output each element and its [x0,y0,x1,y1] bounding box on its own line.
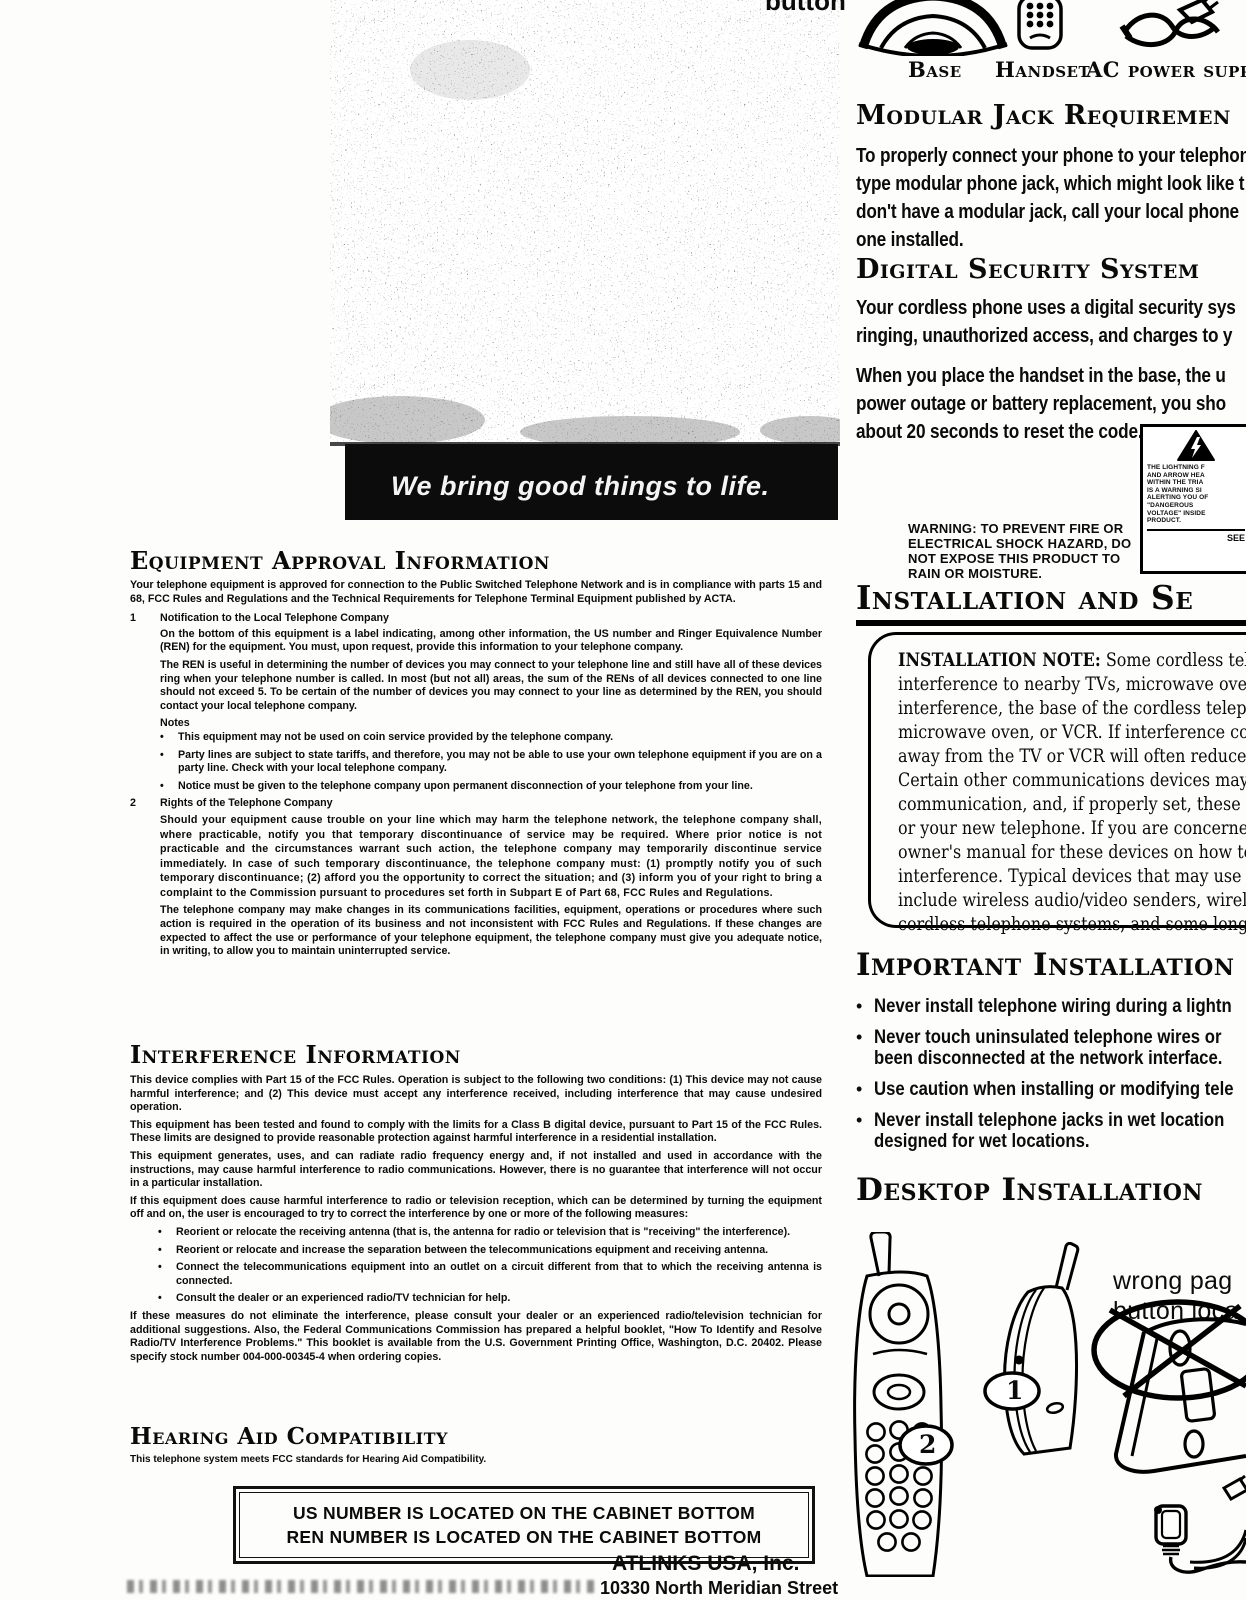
bullet-dot: • [856,996,874,1017]
manual-page: We bring good things to life. button Bas… [0,0,1246,1600]
text-line: or your new telephone. If you are concer… [898,816,1190,840]
text-line: Certain other communications devices may… [898,768,1190,792]
text-line: power outage or battery replacement, you… [856,390,1200,418]
text-line: WITHIN THE TRIA [1147,479,1245,487]
installation-note-box: INSTALLATION NOTE: Some cordless telepho… [868,632,1246,928]
text-line: INSTALLATION NOTE: Some cordless telepho… [898,648,1190,672]
scan-noise-area [330,0,840,446]
text-line: AND ARROW HEA [1147,472,1245,480]
installation-setup-title: Installation and Se [856,580,1193,616]
section-interference: Interference Information This device com… [130,1042,822,1368]
bullet-dot: • [856,1110,874,1152]
bullet-dot: • [158,1226,176,1244]
section-modular-jack: Modular Jack Requiremen To properly conn… [856,100,1246,254]
text-line: To properly connect your phone to your t… [856,142,1200,170]
text-line: When you place the handset in the base, … [856,362,1200,390]
text-line: Never install telephone jacks in wet loc… [874,1110,1224,1131]
paragraph: This device complies with Part 15 of the… [130,1074,822,1115]
bullet-dot: • [160,780,178,798]
text-line: away from the TV or VCR will often reduc… [898,744,1190,768]
text-line: "DANGEROUS [1147,502,1245,510]
heading-rule [856,620,1246,626]
text-line: microwave oven, or VCR. If interference … [898,720,1190,744]
text-line: ELECTRICAL SHOCK HAZARD, DO [908,536,1158,551]
bullet-item: Consult the dealer or an experienced rad… [176,1292,510,1306]
text-line: Never install telephone wiring during a … [874,996,1232,1017]
paragraph: Your telephone equipment is approved for… [130,579,822,606]
note-item: This equipment may not be used on coin s… [178,731,613,745]
text-line: interference. Typical devices that may u… [898,864,1190,888]
text-line: type modular phone jack, which might loo… [856,170,1200,198]
text-line: VOLTAGE" INSIDE [1147,510,1245,518]
text-line: one installed. [856,226,1200,254]
bullet-dot: • [856,1079,874,1100]
list-item-title: Rights of the Telephone Company [160,797,333,811]
paragraph: Should your equipment cause trouble on y… [160,813,822,901]
bullet-item: Reorient or relocate the receiving anten… [176,1226,790,1240]
text-line: PRODUCT. [1147,517,1245,525]
bullet-dot: • [160,731,178,749]
ren-number-line: REN NUMBER IS LOCATED ON THE CABINET BOT… [250,1525,798,1549]
section-equipment-approval: Equipment Approval Information Your tele… [130,548,822,963]
text-line: interference to nearby TVs, microwave ov… [898,672,1190,696]
ghost-print-artifact [127,1580,597,1593]
desktop-installation-title: Desktop Installation [856,1172,1203,1208]
us-number-line: US NUMBER IS LOCATED ON THE CABINET BOTT… [250,1501,798,1525]
digital-security-title: Digital Security System [856,254,1246,286]
paragraph: If these measures do not eliminate the i… [130,1310,822,1364]
warning-text: WARNING: TO PREVENT FIRE OR ELECTRICAL S… [908,521,1158,581]
text-line: been disconnected at the network interfa… [874,1048,1222,1069]
base-icon [857,0,1009,56]
text-line: owner's manual for these devices on how … [898,840,1190,864]
callout-2: 2 [898,1424,954,1466]
note-item: Notice must be given to the telephone co… [178,780,753,794]
callout-1-number: 1 [1006,1376,1023,1405]
callout-2-number: 2 [919,1430,936,1459]
handset-label: Handset [995,57,1090,82]
footer-company: ATLINKS USA, Inc. [612,1552,799,1576]
list-number: 1 [130,612,160,626]
notes-label: Notes [160,717,822,731]
note-item: Party lines are subject to state tariffs… [178,749,822,776]
bullet-dot: • [158,1292,176,1310]
ge-slogan-banner: We bring good things to life. [345,444,838,520]
paragraph: If this equipment does cause harmful int… [130,1195,822,1222]
text-line: Use caution when installing or modifying… [874,1079,1234,1100]
handset-icon [1016,0,1066,50]
bullet-dot: • [856,1027,874,1069]
section-hearing-aid: Hearing Aid Compatibility This telephone… [130,1424,822,1467]
see-note: SEE [1147,529,1245,543]
text-line: IS A WARNING SI [1147,487,1245,495]
text-line: cordless telephone systems, and some lon… [898,912,1190,936]
text-line: communication, and, if properly set, the… [898,792,1190,816]
warning-side-box: THE LIGHTNING F AND ARROW HEA WITHIN THE… [1140,424,1246,574]
handset-front-drawing [845,1232,965,1577]
hearing-aid-line: This telephone system meets FCC standard… [130,1453,822,1467]
bullet-dot: • [158,1244,176,1262]
text-line: don't have a modular jack, call your loc… [856,198,1200,226]
cord-curve-artifact [1150,1528,1246,1578]
bullet-item: Connect the telecommunications equipment… [176,1261,822,1288]
paragraph: This equipment generates, uses, and can … [130,1150,822,1191]
bullet-dot: • [160,749,178,780]
equipment-approval-title: Equipment Approval Information [130,548,822,574]
footer-address: 10330 North Meridian Street [600,1578,838,1599]
section-digital-security: Digital Security System Your cordless ph… [856,254,1246,446]
list-item-title: Notification to the Local Telephone Comp… [160,612,389,626]
ac-power-label: AC power supp [1086,57,1246,82]
text-line: ringing, unauthorized access, and charge… [856,322,1200,350]
lightning-triangle-icon [1176,430,1216,462]
bullet-item: Reorient or relocate and increase the se… [176,1244,768,1258]
list-number: 2 [130,797,160,811]
paragraph: The REN is useful in determining the num… [160,659,822,713]
note-bold-label: INSTALLATION NOTE: [898,649,1101,671]
text-line: THE LIGHTNING F [1147,464,1245,472]
base-label: Base [908,57,962,82]
interference-title: Interference Information [130,1042,822,1068]
hearing-aid-title: Hearing Aid Compatibility [130,1424,822,1449]
text-line: NOT EXPOSE THIS PRODUCT TO [908,551,1158,566]
modular-jack-title: Modular Jack Requiremen [856,100,1246,132]
paragraph: This equipment has been tested and found… [130,1119,822,1146]
text-line: Your cordless phone uses a digital secur… [856,294,1200,322]
text-line: Never touch uninsulated telephone wires … [874,1027,1222,1048]
important-installation-title: Important Installation [856,948,1246,982]
crossed-base-drawing [1082,1292,1246,1517]
text-line: designed for wet locations. [874,1131,1224,1152]
note-first-rest: Some cordless telephon [1101,649,1246,671]
section-important-installation: Important Installation • Never install t… [856,948,1246,1152]
text-line: include wireless audio/video senders, wi… [898,888,1190,912]
slogan-text: We bring good things to life. [391,471,769,501]
paragraph: The telephone company may make changes i… [160,904,822,958]
text-line: ALERTING YOU OF [1147,494,1245,502]
text-line: WARNING: TO PREVENT FIRE OR [908,521,1158,536]
ac-power-icon [1118,0,1230,54]
bullet-dot: • [158,1261,176,1292]
text-line: interference, the base of the cordless t… [898,696,1190,720]
paragraph: On the bottom of this equipment is a lab… [160,628,822,655]
callout-1: 1 [983,1371,1041,1411]
